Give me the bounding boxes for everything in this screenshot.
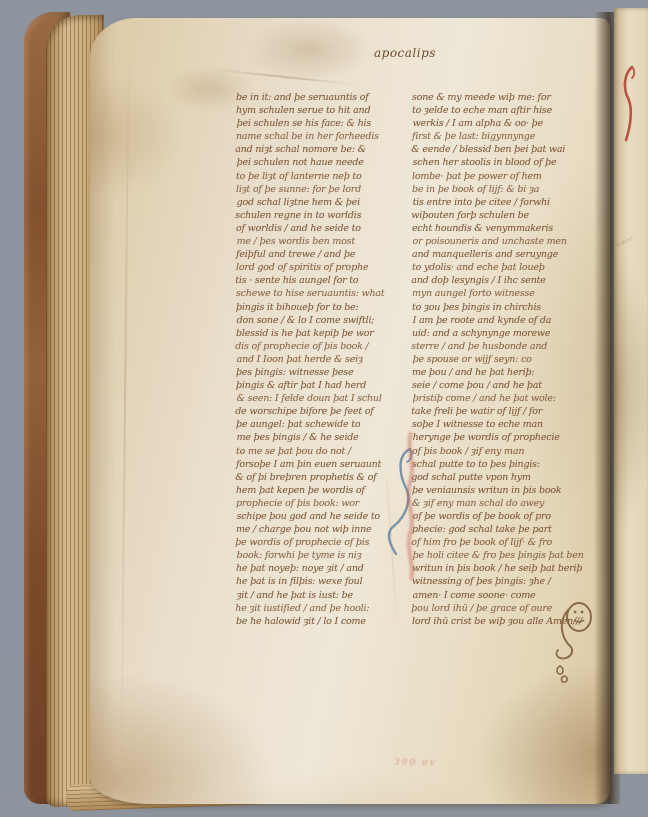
manuscript-text-line: of þis book / ȝif eny man — [412, 445, 594, 458]
manuscript-text-line: schewe to hise seruauntis: what — [236, 287, 404, 300]
manuscript-text-line: tis entre into þe citee / forwhi — [413, 196, 595, 209]
manuscript-text-line: and doþ lesyngis / I ihc sente — [411, 274, 593, 287]
manuscript-text-line: of him fro þe book of lijf· & fro — [411, 536, 593, 549]
manuscript-text-line: dis of prophecie of þis book / — [235, 340, 403, 353]
manuscript-text-line: and niȝt schal nomore be: & — [235, 143, 403, 156]
manuscript-text-line: or poisouneris and unchaste men — [413, 235, 595, 248]
manuscript-text-line: þei schulen se his face: & his — [237, 117, 405, 130]
manuscript-text-line: lord god of spiritis of prophe — [236, 261, 404, 274]
manuscript-text-line: & ȝif eny man schal do awey — [412, 497, 594, 510]
text-column-left: be in it: and þe seruauntis ofhym schule… — [236, 91, 404, 628]
manuscript-text-line: prophecie of þis book: wor — [236, 497, 404, 510]
manuscript-text-line: to ȝelde to eche man aftir hise — [412, 104, 594, 117]
manuscript-text-line: schal putte to to þes þingis: — [412, 458, 594, 471]
manuscript-text-line: þe aungel: þat schewide to — [236, 418, 404, 431]
red-ink-bleedthrough — [402, 430, 420, 582]
manuscript-text-line: hym schulen serue to hit and — [236, 104, 404, 117]
manuscript-text-line: of worldis / and he seide to — [236, 222, 404, 235]
manuscript-text-line: to ȝou þes þingis in chirchis — [412, 301, 594, 314]
manuscript-text-line: & eende / blessid ben þei þat wai — [411, 143, 593, 156]
manuscript-text-line: þingis & aftir þat I had herd — [236, 379, 404, 392]
manuscript-text-line: feiþful and trewe / and þe — [236, 248, 404, 261]
text-column-right: sone & my meede wiþ me: forto ȝelde to e… — [412, 91, 594, 628]
manuscript-text-line: to þe liȝt of lanterne neþ to — [236, 170, 404, 183]
manuscript-text-line: me / þes wordis ben most — [237, 235, 405, 248]
manuscript-text-line: seie / come þou / and he þat — [412, 379, 594, 392]
manuscript-text-line: liȝt of þe sunne: for þe lord — [236, 183, 404, 196]
running-title: apocalips — [374, 46, 474, 60]
manuscript-text-line: god schal putte vpon hym — [411, 471, 593, 484]
faint-foot-inscription: 390 ov — [394, 758, 437, 768]
manuscript-text-line: þristiþ come / and he þat wole: — [413, 392, 595, 405]
manuscript-text-line: to ydolis· and eche þat loueþ — [412, 261, 594, 274]
manuscript-text-line: werkis / I am alpha & oo· þe — [413, 117, 595, 130]
manuscript-text-line: phecie: god schal take þe part — [412, 523, 594, 536]
manuscript-text-line: me þou / and he þat heriþ: — [412, 366, 594, 379]
facing-page-sliver: apoc — [614, 8, 648, 774]
page-crease — [210, 68, 359, 86]
manuscript-text-line: god schal liȝtne hem & þei — [237, 196, 405, 209]
manuscript-text-line: de worschipe bifore þe feet of — [235, 405, 403, 418]
manuscript-text-line: he þat noyeþ: noye ȝit / and — [236, 562, 404, 575]
manuscript-text-line: schulen regne in to worldis — [235, 209, 403, 222]
manuscript-text-line: þe holi citee & fro þes þingis þat ben — [413, 549, 595, 562]
manuscript-text-line: lombe· þat þe power of hem — [412, 170, 594, 183]
manuscript-text-line: me / charge þou not wiþ inne — [236, 523, 404, 536]
manuscript-text-line: first & þe last: bigynnynge — [412, 130, 594, 143]
manuscript-text-line: ȝit / and he þat is iust: be — [237, 589, 405, 602]
manuscript-text-line: be in þe book of lijf: & bi ȝa — [412, 183, 594, 196]
manuscript-text-line: þe wordis of prophecie of þis — [235, 536, 403, 549]
manuscript-text-line: herynge þe wordis of prophecie — [413, 431, 595, 444]
manuscript-text-line: book: forwhi þe tyme is niȝ — [237, 549, 405, 562]
manuscript-text-line: uid: and a schynynge morewe — [412, 327, 594, 340]
manuscript-text-line: sterre / and þe husbonde and — [411, 340, 593, 353]
manuscript-text-line: þe spouse or wijf seyn: co — [413, 353, 595, 366]
manuscript-text-line: take freli þe watir of lijf / for — [411, 405, 593, 418]
page-crease — [120, 28, 130, 778]
manuscript-text-line: echt houndis & venymmakeris — [412, 222, 594, 235]
manuscript-text-line: forsoþe I am þin euen seruaunt — [236, 458, 404, 471]
manuscript-photo: apocalips be in it: and þe seruauntis of… — [0, 0, 648, 817]
manuscript-text-line: þei schulen not haue neede — [237, 156, 405, 169]
manuscript-text-line: name schal be in her forheedis — [236, 130, 404, 143]
manuscript-text-line: wiþouten forþ schulen be — [411, 209, 593, 222]
manuscript-text-line: writun in þis book / he seiþ þat beriþ — [412, 562, 594, 575]
manuscript-text-line: of þe wordis of þe book of pro — [413, 510, 595, 523]
manuscript-text-line: and manquelleris and seruynge — [412, 248, 594, 261]
manuscript-text-line: & of þi breþren prophetis & of — [235, 471, 403, 484]
manuscript-text-line: be he halowid ȝit / lo I come — [236, 615, 404, 628]
manuscript-text-line: þe veniaunsis writun in þis book — [412, 484, 594, 497]
manuscript-text-line: schen her stoolis in blood of þe — [413, 156, 595, 169]
manuscript-text-line: and I Ioon þat herde & seiȝ — [237, 353, 405, 366]
manuscript-text-line: þes þingis: witnesse þese — [236, 366, 404, 379]
manuscript-text-line: don sone / & lo I come swiftli; — [237, 314, 405, 327]
manuscript-text-line: he ȝit iustified / and þe hooli: — [235, 602, 403, 615]
manuscript-text-line: & seen: I felde doun þat I schul — [237, 392, 405, 405]
manuscript-text-line: blessid is he þat kepiþ þe wor — [236, 327, 404, 340]
manuscript-text-line: myn aungel forto witnesse — [412, 287, 594, 300]
parchment-page: apocalips be in it: and þe seruauntis of… — [90, 18, 610, 804]
manuscript-text-line: be in it: and þe seruauntis of — [236, 91, 404, 104]
red-paraph-icon — [620, 64, 636, 144]
manuscript-text-line: witnessing of þes þingis: ȝhe / — [412, 575, 594, 588]
manuscript-text-line: me þes þingis / & he seide — [237, 431, 405, 444]
manuscript-text-line: he þat is in filþis: wexe foul — [236, 575, 404, 588]
manuscript-text-line: hem þat kepen þe wordis of — [236, 484, 404, 497]
manuscript-text-line: to me se þat þou do not / — [236, 445, 404, 458]
manuscript-text-line: I am þe roote and kynde of da — [413, 314, 595, 327]
manuscript-text-line: schipe þou god and he seide to — [237, 510, 405, 523]
manuscript-text-line: þingis it bihoueþ for to be: — [236, 301, 404, 314]
manuscript-text-line: sone & my meede wiþ me: for — [412, 91, 594, 104]
manuscript-text-line: soþe I witnesse to eche man — [412, 418, 594, 431]
faint-margin-note: apoc — [615, 235, 635, 249]
manuscript-text-line: tis · sente his aungel for to — [235, 274, 403, 287]
